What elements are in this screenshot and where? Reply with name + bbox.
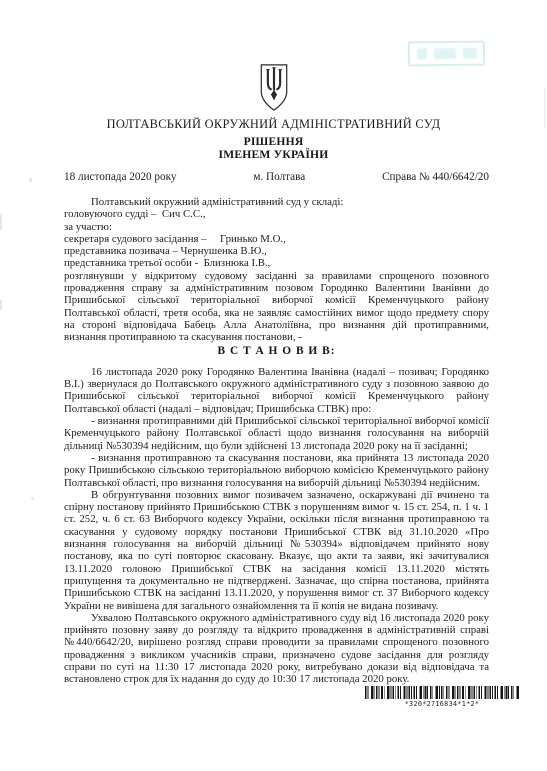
composition-line-judge: головуючого судді – Сич С.С., (64, 208, 489, 220)
stamp-blob (416, 48, 426, 59)
scan-speck (31, 497, 34, 500)
stamp-blob (462, 48, 476, 59)
composition-intro: Полтавський окружний адміністративний су… (64, 196, 489, 208)
composition-line-plaintiff-rep: представника позивача – Чернушенка В.Ю., (64, 245, 489, 257)
established-heading: В С Т А Н О В И В: (64, 345, 489, 357)
body-paragraph-claim-2: - визнання протиправною та скасування по… (64, 452, 489, 489)
preamble-paragraph: розглянувши у відкритому судовому засіда… (64, 270, 489, 344)
stamp-blob (433, 48, 455, 59)
composition-line-secretary: секретаря судового засідання – Гринько М… (64, 233, 489, 245)
scanned-court-decision-page: ПОЛТАВСЬКИЙ ОКРУЖНИЙ АДМІНІСТРАТИВНИЙ СУ… (0, 0, 547, 771)
body-paragraph-grounds: В обгрунтування позовних вимог позивачем… (64, 489, 489, 612)
court-name: ПОЛТАВСЬКИЙ ОКРУЖНИЙ АДМІНІСТРАТИВНИЙ СУ… (0, 117, 547, 132)
composition-line-participation: за участю: (64, 221, 489, 233)
decision-title: РІШЕННЯ (0, 136, 547, 149)
barcode-text: *320*2716834*1*2* (365, 700, 519, 708)
decision-date: 18 листопада 2020 року (64, 171, 177, 183)
decision-city: м. Полтава (253, 171, 305, 183)
body-paragraph-claim-1: - визнання протиправними дій Пришибської… (64, 415, 489, 452)
barcode-bars (365, 686, 519, 699)
body-paragraph-1: 16 листопада 2020 року Городянко Валенти… (64, 366, 489, 415)
scan-speck (29, 178, 32, 182)
case-number: Справа № 440/6642/20 (382, 171, 489, 183)
scan-edge-artifact (0, 300, 2, 310)
scan-edge-artifact (0, 214, 2, 230)
case-meta-row: 18 листопада 2020 року м. Полтава Справа… (64, 171, 489, 183)
coat-of-arms-icon (0, 62, 547, 113)
decision-subtitle: ІМЕНЕМ УКРАЇНИ (0, 149, 547, 162)
decision-body: Полтавський окружний адміністративний су… (64, 196, 489, 686)
decision-title-block: РІШЕННЯ ІМЕНЕМ УКРАЇНИ (0, 136, 547, 161)
composition-line-third-party-rep: представника третьої особи - Близнюка І.… (64, 257, 489, 269)
barcode: *320*2716834*1*2* (365, 686, 519, 708)
body-paragraph-ruling: Ухвалою Полтавського окружного адміністр… (64, 612, 489, 686)
